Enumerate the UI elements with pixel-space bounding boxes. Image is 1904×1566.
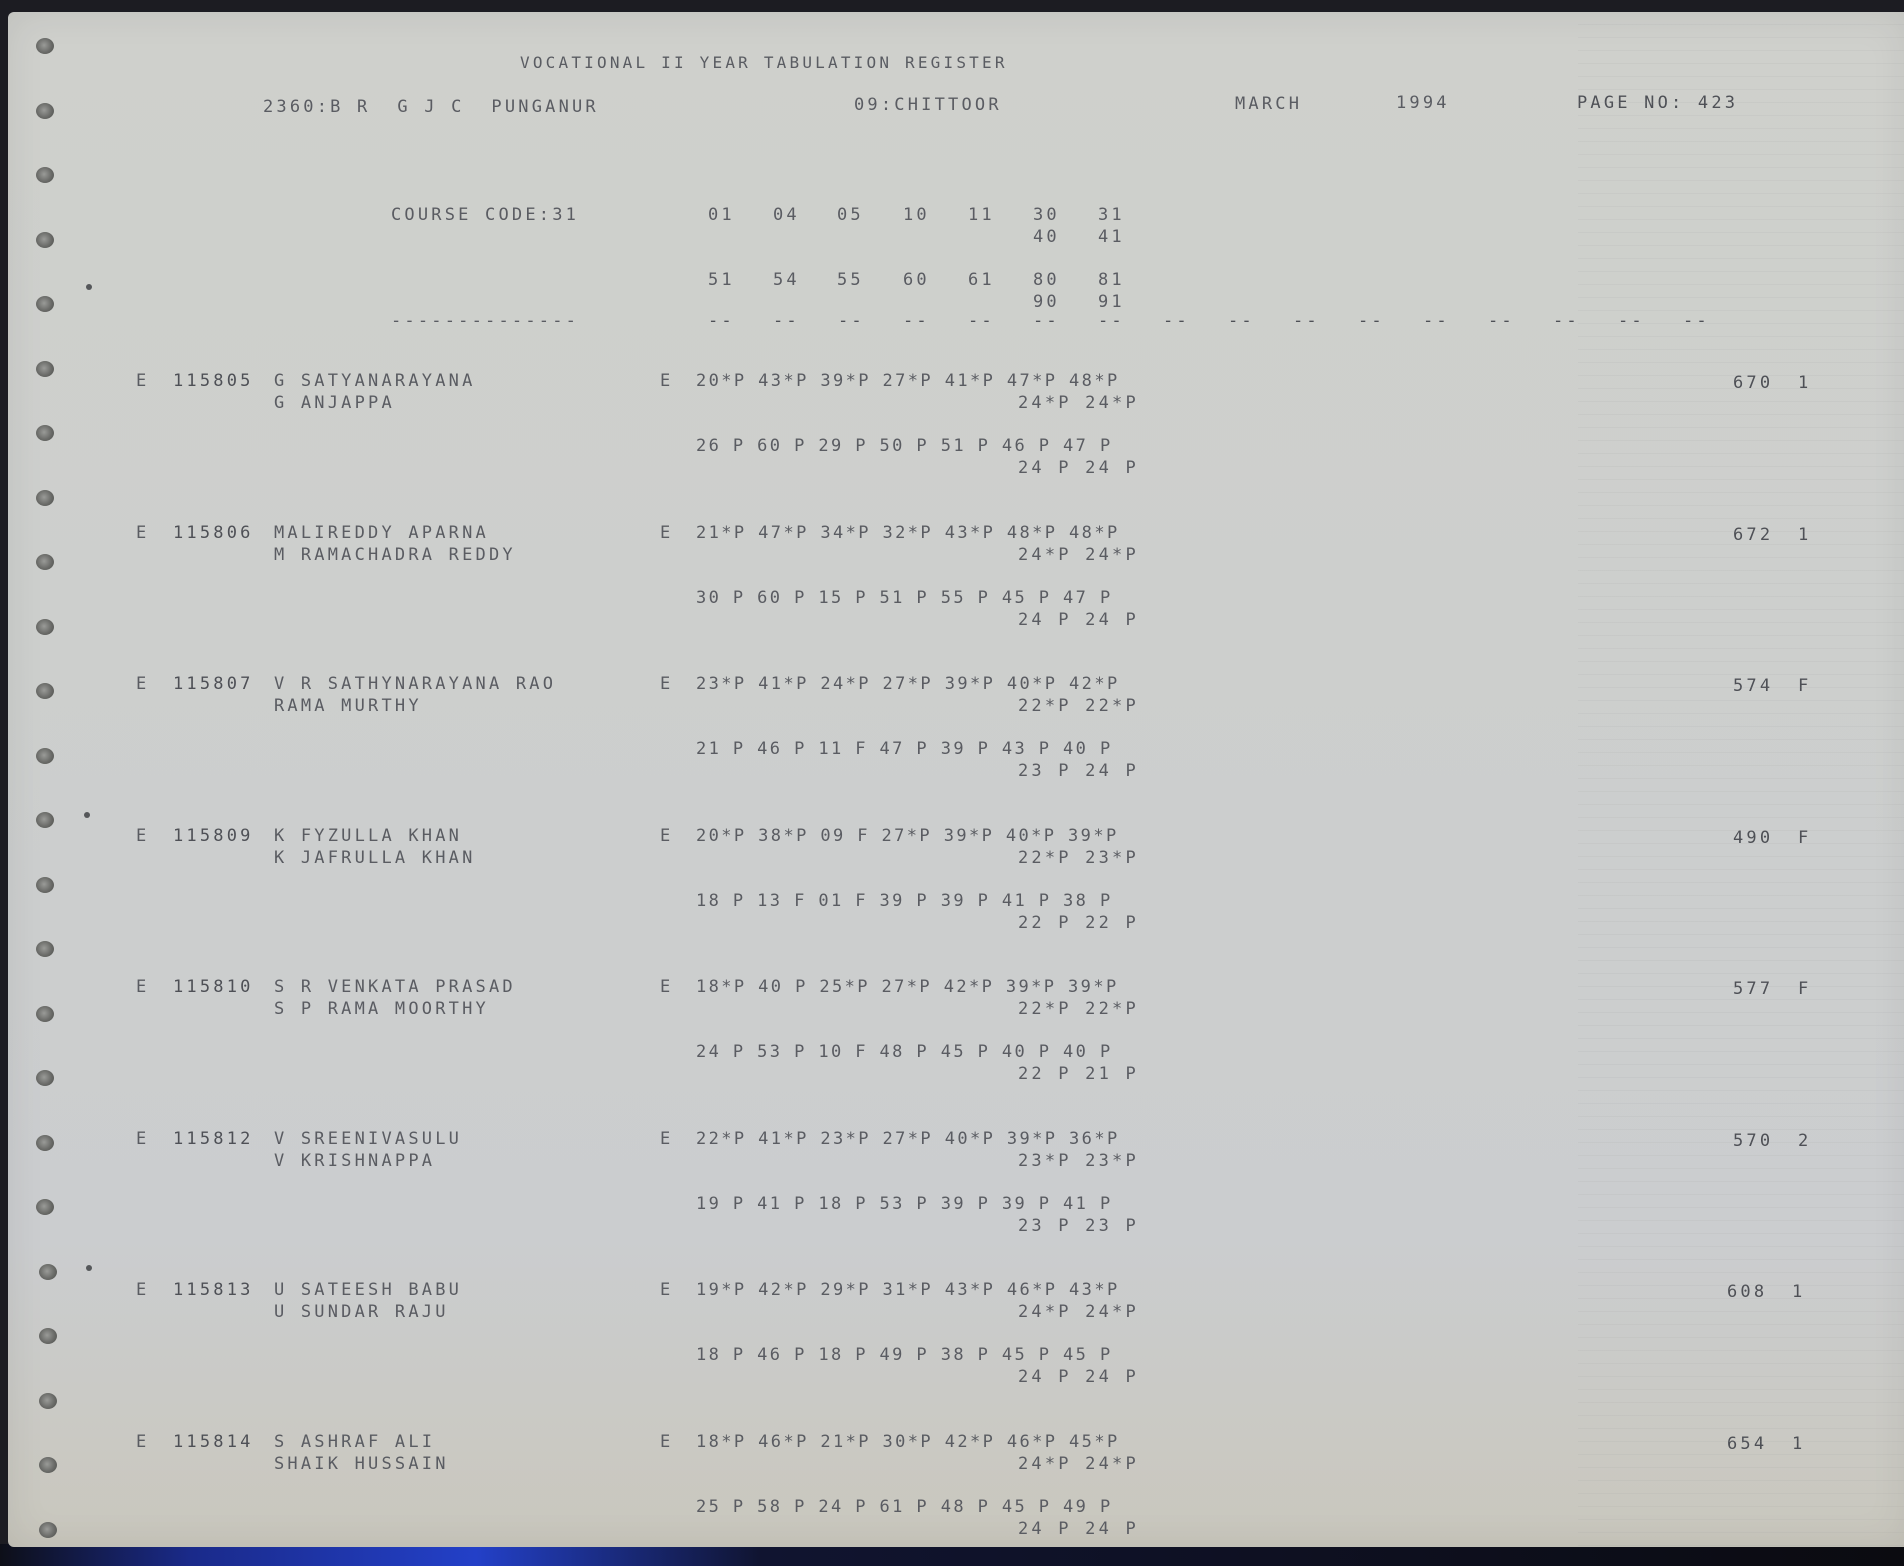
student-name: V R SATHYNARAYANA RAO [274, 673, 556, 695]
total-marks: 654 [1727, 1433, 1767, 1455]
exam-month: MARCH [1235, 93, 1302, 115]
subject-code: 10 [903, 204, 930, 226]
result-division: 1 [1792, 1281, 1805, 1303]
first-year-marks-extra: 24*P 24*P [1018, 392, 1139, 414]
result-division: F [1798, 675, 1811, 697]
second-year-marks: 24 P 53 P 10 F 48 P 45 P 40 P 40 P [696, 1041, 1113, 1063]
medium-code: E [660, 1128, 673, 1150]
total-marks: 670 [1733, 372, 1773, 394]
second-year-marks-extra: 24 P 24 P [1018, 1518, 1139, 1540]
binding-hole [36, 1006, 54, 1022]
father-name: K JAFRULLA KHAN [274, 847, 476, 869]
total-marks: 490 [1733, 827, 1773, 849]
column-divider: -- [1163, 310, 1190, 332]
punch-mark [84, 812, 90, 818]
total-marks: 570 [1733, 1130, 1773, 1152]
father-name: G ANJAPPA [274, 392, 395, 414]
first-year-marks: 23*P 41*P 24*P 27*P 39*P 40*P 42*P [696, 673, 1120, 695]
binding-hole [36, 1199, 54, 1215]
result-division: F [1798, 827, 1811, 849]
medium-code: E [660, 1431, 673, 1453]
result-division: 1 [1792, 1433, 1805, 1455]
first-year-marks: 19*P 42*P 29*P 31*P 43*P 46*P 43*P [696, 1279, 1120, 1301]
second-year-marks: 18 P 13 F 01 F 39 P 39 P 41 P 38 P [696, 890, 1113, 912]
column-divider: -- [1683, 310, 1710, 332]
subject-code: 41 [1098, 226, 1125, 248]
exam-flag: E [136, 825, 149, 847]
column-divider: -- [838, 310, 865, 332]
subject-code: 01 [708, 204, 735, 226]
subject-code: 54 [773, 269, 800, 291]
column-divider: -- [968, 310, 995, 332]
binding-hole [36, 167, 54, 183]
subject-code: 81 [1098, 269, 1125, 291]
column-divider: -- [1553, 310, 1580, 332]
total-marks: 608 [1727, 1281, 1767, 1303]
student-name: MALIREDDY APARNA [274, 522, 489, 544]
medium-code: E [660, 673, 673, 695]
first-year-marks-extra: 24*P 24*P [1018, 1301, 1139, 1323]
subject-code: 80 [1033, 269, 1060, 291]
college-name: 2360:B R G J C PUNGANUR [263, 96, 599, 118]
binding-hole [36, 1070, 54, 1086]
roll-number: 115805 [173, 370, 254, 392]
punch-mark [86, 284, 92, 290]
student-name: V SREENIVASULU [274, 1128, 462, 1150]
medium-code: E [660, 522, 673, 544]
column-divider: -- [708, 310, 735, 332]
first-year-marks-extra: 23*P 23*P [1018, 1150, 1139, 1172]
exam-flag: E [136, 976, 149, 998]
second-year-marks: 19 P 41 P 18 P 53 P 39 P 39 P 41 P [696, 1193, 1113, 1215]
first-year-marks: 18*P 40 P 25*P 27*P 42*P 39*P 39*P [696, 976, 1119, 998]
column-divider: -- [1488, 310, 1515, 332]
total-marks: 574 [1733, 675, 1773, 697]
second-year-marks: 18 P 46 P 18 P 49 P 38 P 45 P 45 P [696, 1344, 1113, 1366]
register-title: VOCATIONAL II YEAR TABULATION REGISTER [520, 52, 1008, 74]
second-year-marks: 25 P 58 P 24 P 61 P 48 P 45 P 49 P [696, 1496, 1113, 1518]
total-marks: 672 [1733, 524, 1773, 546]
exam-year: 1994 [1396, 92, 1450, 114]
desk-background [0, 1544, 1904, 1566]
total-marks: 577 [1733, 978, 1773, 1000]
roll-number: 115810 [173, 976, 254, 998]
binding-hole [39, 1393, 57, 1409]
student-name: U SATEESH BABU [274, 1279, 462, 1301]
father-name: S P RAMA MOORTHY [274, 998, 489, 1020]
subject-code: 05 [837, 204, 864, 226]
first-year-marks-extra: 22*P 22*P [1018, 998, 1139, 1020]
roll-number: 115806 [173, 522, 254, 544]
punch-mark [86, 1265, 92, 1271]
first-year-marks-extra: 22*P 23*P [1018, 847, 1139, 869]
column-divider: -- [1098, 310, 1125, 332]
binding-hole [39, 1264, 57, 1280]
first-year-marks: 18*P 46*P 21*P 30*P 42*P 46*P 45*P [696, 1431, 1120, 1453]
subject-code: 30 [1033, 204, 1060, 226]
subject-code: 55 [837, 269, 864, 291]
binding-hole [36, 941, 54, 957]
exam-flag: E [136, 1279, 149, 1301]
father-name: RAMA MURTHY [274, 695, 422, 717]
page-number: PAGE NO: 423 [1577, 92, 1738, 114]
first-year-marks: 21*P 47*P 34*P 32*P 43*P 48*P 48*P [696, 522, 1120, 544]
course-code: COURSE CODE:31 [391, 204, 579, 226]
header-divider: -------------- [391, 310, 579, 332]
second-year-marks-extra: 22 P 21 P [1018, 1063, 1139, 1085]
first-year-marks: 20*P 43*P 39*P 27*P 41*P 47*P 48*P [696, 370, 1120, 392]
column-divider: -- [1618, 310, 1645, 332]
subject-code: 40 [1033, 226, 1060, 248]
binding-hole [39, 1328, 57, 1344]
subject-code: 51 [708, 269, 735, 291]
first-year-marks: 20*P 38*P 09 F 27*P 39*P 40*P 39*P [696, 825, 1119, 847]
medium-code: E [660, 825, 673, 847]
father-name: M RAMACHADRA REDDY [274, 544, 516, 566]
father-name: U SUNDAR RAJU [274, 1301, 449, 1323]
binding-hole [36, 1135, 54, 1151]
exam-flag: E [136, 1128, 149, 1150]
second-year-marks: 26 P 60 P 29 P 50 P 51 P 46 P 47 P [696, 435, 1113, 457]
exam-flag: E [136, 1431, 149, 1453]
second-year-marks-extra: 24 P 24 P [1018, 457, 1139, 479]
subject-code: 61 [968, 269, 995, 291]
second-year-marks-extra: 22 P 22 P [1018, 912, 1139, 934]
second-year-marks-extra: 23 P 23 P [1018, 1215, 1139, 1237]
column-divider: -- [903, 310, 930, 332]
subject-code: 31 [1098, 204, 1125, 226]
column-divider: -- [1033, 310, 1060, 332]
district: 09:CHITTOOR [854, 94, 1002, 116]
student-name: G SATYANARAYANA [274, 370, 476, 392]
first-year-marks-extra: 22*P 22*P [1018, 695, 1139, 717]
roll-number: 115809 [173, 825, 254, 847]
first-year-marks-extra: 24*P 24*P [1018, 1453, 1139, 1475]
subject-code: 60 [903, 269, 930, 291]
binding-hole [36, 554, 54, 570]
exam-flag: E [136, 370, 149, 392]
result-division: 1 [1798, 524, 1811, 546]
result-division: 1 [1798, 372, 1811, 394]
student-name: S R VENKATA PRASAD [274, 976, 516, 998]
second-year-marks-extra: 23 P 24 P [1018, 760, 1139, 782]
binding-hole [39, 1522, 57, 1538]
student-name: S ASHRAF ALI [274, 1431, 435, 1453]
binding-hole [36, 232, 54, 248]
exam-flag: E [136, 522, 149, 544]
student-name: K FYZULLA KHAN [274, 825, 462, 847]
column-divider: -- [773, 310, 800, 332]
binding-hole [36, 296, 54, 312]
medium-code: E [660, 1279, 673, 1301]
second-year-marks-extra: 24 P 24 P [1018, 1366, 1139, 1388]
binding-hole [36, 425, 54, 441]
medium-code: E [660, 370, 673, 392]
binding-hole [36, 877, 54, 893]
second-year-marks: 30 P 60 P 15 P 51 P 55 P 45 P 47 P [696, 587, 1113, 609]
result-division: 2 [1798, 1130, 1811, 1152]
exam-flag: E [136, 673, 149, 695]
binding-hole [36, 812, 54, 828]
second-year-marks: 21 P 46 P 11 F 47 P 39 P 43 P 40 P [696, 738, 1113, 760]
binding-hole [36, 619, 54, 635]
subject-code: 04 [773, 204, 800, 226]
second-year-marks-extra: 24 P 24 P [1018, 609, 1139, 631]
column-divider: -- [1293, 310, 1320, 332]
binding-hole [36, 683, 54, 699]
result-division: F [1798, 978, 1811, 1000]
roll-number: 115812 [173, 1128, 254, 1150]
roll-number: 115807 [173, 673, 254, 695]
column-divider: -- [1423, 310, 1450, 332]
binding-hole [39, 1457, 57, 1473]
tabulation-register-sheet: VOCATIONAL II YEAR TABULATION REGISTER 2… [8, 12, 1904, 1547]
column-divider: -- [1358, 310, 1385, 332]
binding-hole [36, 38, 54, 54]
medium-code: E [660, 976, 673, 998]
first-year-marks: 22*P 41*P 23*P 27*P 40*P 39*P 36*P [696, 1128, 1120, 1150]
binding-hole [36, 748, 54, 764]
binding-hole [36, 361, 54, 377]
roll-number: 115814 [173, 1431, 254, 1453]
binding-hole [36, 103, 54, 119]
subject-code: 11 [968, 204, 995, 226]
roll-number: 115813 [173, 1279, 254, 1301]
father-name: V KRISHNAPPA [274, 1150, 435, 1172]
binding-hole [36, 490, 54, 506]
father-name: SHAIK HUSSAIN [274, 1453, 449, 1475]
column-divider: -- [1228, 310, 1255, 332]
first-year-marks-extra: 24*P 24*P [1018, 544, 1139, 566]
